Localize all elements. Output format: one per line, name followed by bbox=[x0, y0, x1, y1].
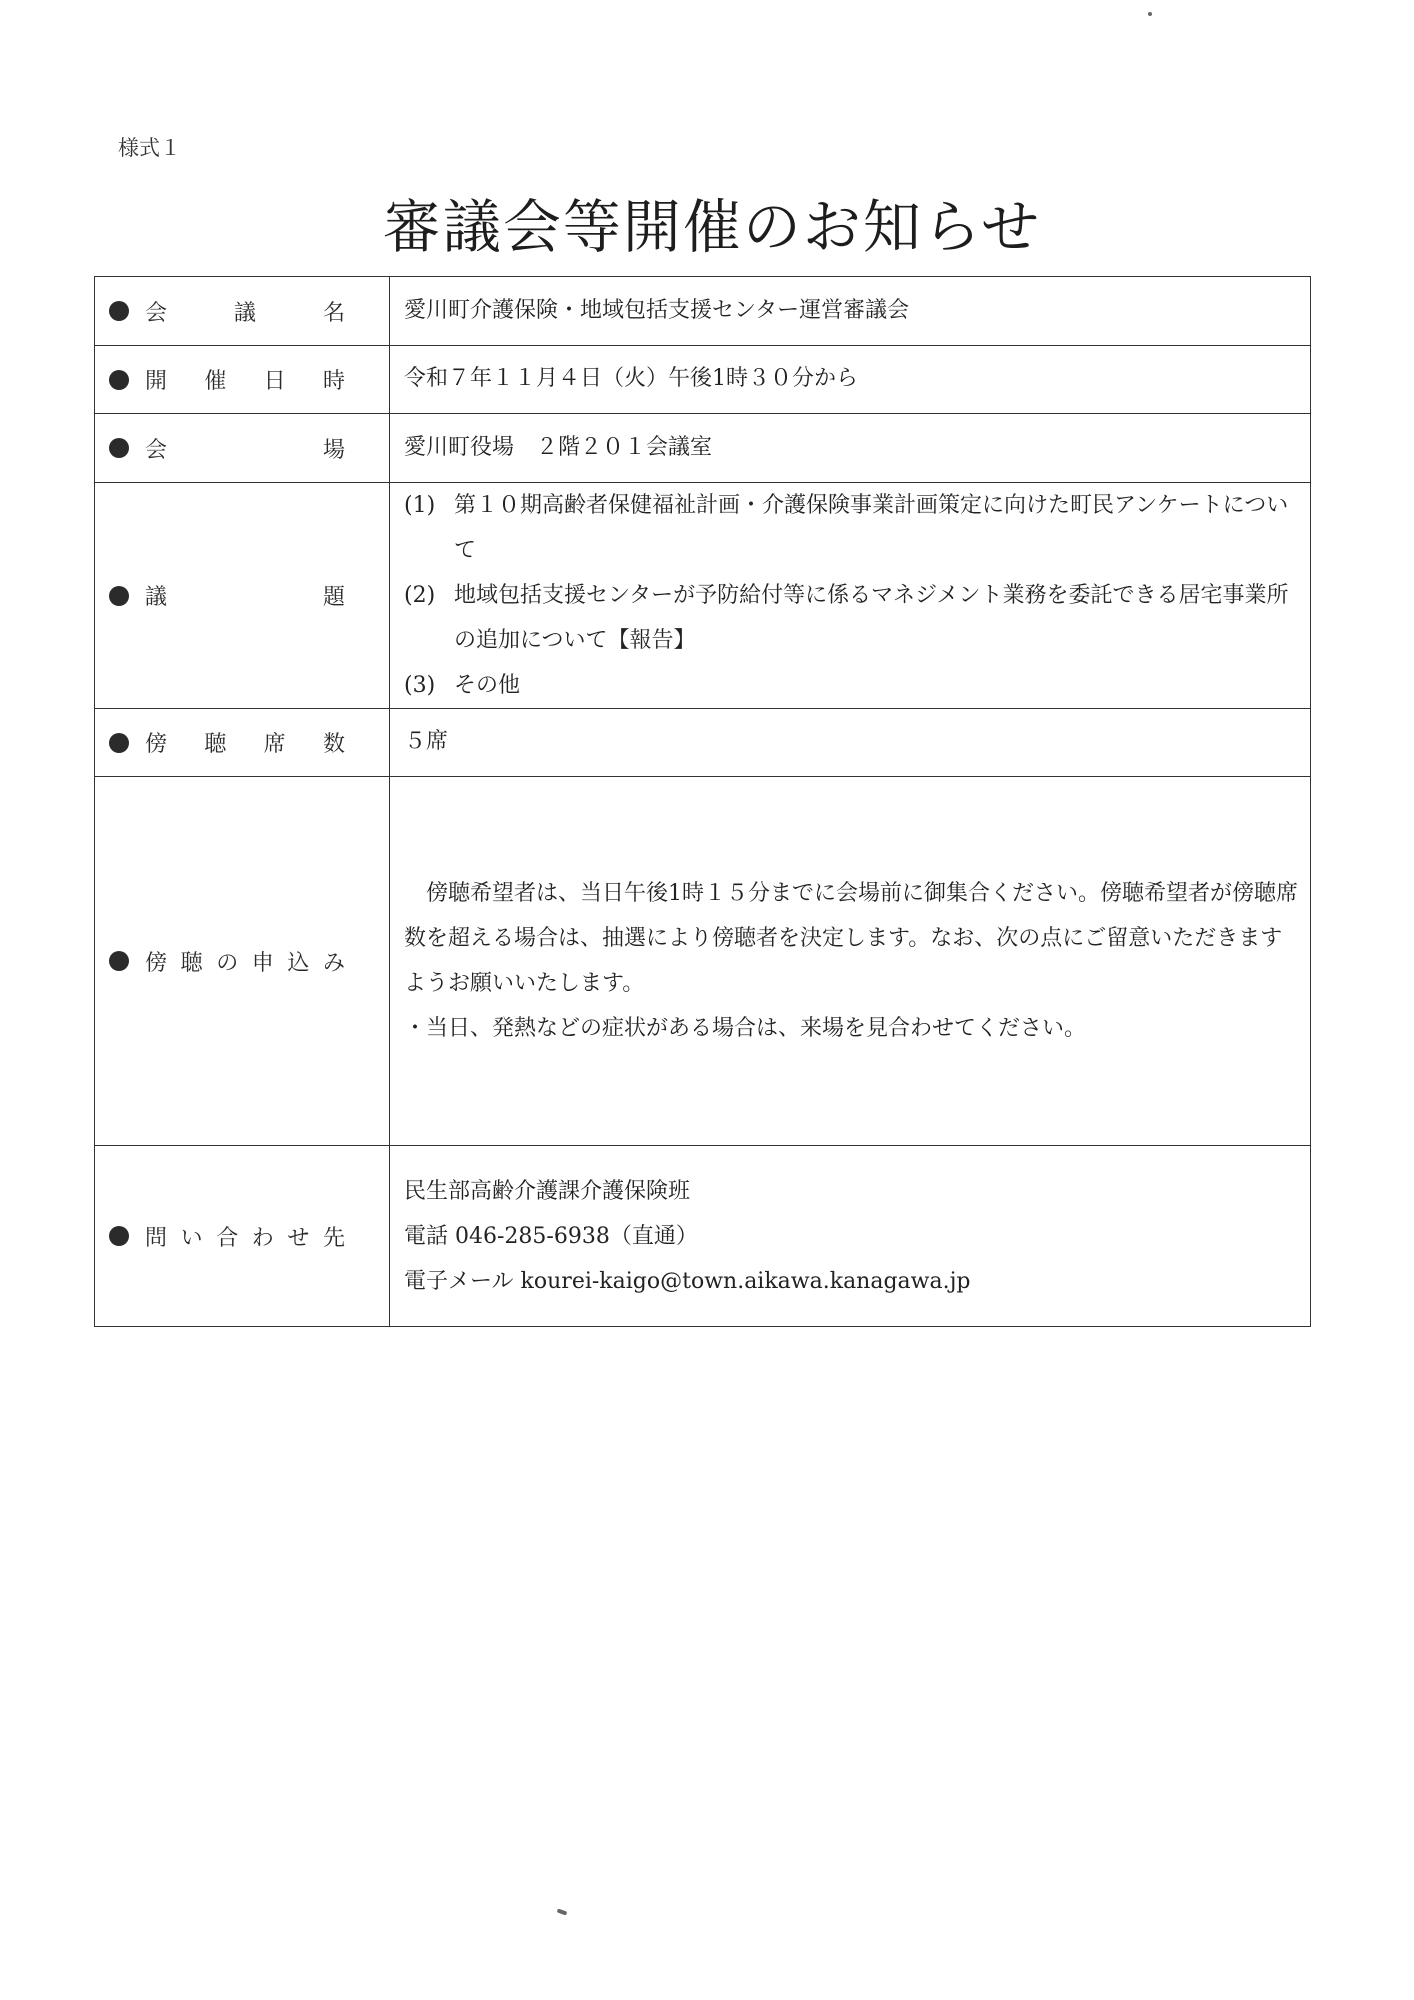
row-application: 傍 聴 の 申 込 み 傍聴希望者は、当日午後1時１５分までに会場前に御集合くだ… bbox=[95, 777, 1311, 1146]
bullet-icon bbox=[109, 370, 129, 390]
label-cell: 会 場 bbox=[95, 414, 390, 483]
bullet-icon bbox=[109, 951, 129, 971]
bullet-icon bbox=[109, 586, 129, 606]
row-datetime: 開 催 日 時 令和７年１１月４日（火）午後1時３０分から bbox=[95, 346, 1311, 414]
contact-department: 民生部高齢介護課介護保険班 bbox=[404, 1169, 1310, 1214]
bullet-icon bbox=[109, 733, 129, 753]
notice-table: 会 議 名 愛川町介護保険・地域包括支援センター運営審議会 開 催 日 時 令和… bbox=[94, 276, 1311, 1327]
agenda-item: (3) その他 bbox=[404, 663, 1310, 708]
label-agenda: 議 題 bbox=[145, 580, 345, 611]
scan-speck bbox=[1148, 12, 1152, 16]
label-cell: 問 い 合 わ せ 先 bbox=[95, 1146, 390, 1327]
label-datetime: 開 催 日 時 bbox=[145, 364, 345, 395]
seats-value: ５席 bbox=[390, 709, 1311, 777]
contact-email: 電子メール kourei-kaigo@town.aikawa.kanagawa.… bbox=[404, 1259, 1310, 1304]
application-value: 傍聴希望者は、当日午後1時１５分までに会場前に御集合ください。傍聴希望者が傍聴席… bbox=[390, 777, 1311, 1146]
label-meeting-name: 会 議 名 bbox=[145, 296, 345, 327]
row-seats: 傍 聴 席 数 ５席 bbox=[95, 709, 1311, 777]
meeting-name-value: 愛川町介護保険・地域包括支援センター運営審議会 bbox=[390, 277, 1311, 346]
agenda-item: (1) 第１０期高齢者保健福祉計画・介護保険事業計画策定に向けた町民アンケートに… bbox=[404, 483, 1310, 573]
label-cell: 議 題 bbox=[95, 483, 390, 709]
contact-phone: 電話 046-285-6938（直通） bbox=[404, 1214, 1310, 1259]
label-cell: 傍 聴 の 申 込 み bbox=[95, 777, 390, 1146]
row-meeting-name: 会 議 名 愛川町介護保険・地域包括支援センター運営審議会 bbox=[95, 277, 1311, 346]
label-cell: 開 催 日 時 bbox=[95, 346, 390, 414]
datetime-value: 令和７年１１月４日（火）午後1時３０分から bbox=[390, 346, 1311, 414]
row-agenda: 議 題 (1) 第１０期高齢者保健福祉計画・介護保険事業計画策定に向けた町民アン… bbox=[95, 483, 1311, 709]
bullet-icon bbox=[109, 1226, 129, 1246]
scan-speck bbox=[557, 1908, 568, 1915]
agenda-list: (1) 第１０期高齢者保健福祉計画・介護保険事業計画策定に向けた町民アンケートに… bbox=[390, 483, 1311, 709]
row-contact: 問 い 合 わ せ 先 民生部高齢介護課介護保険班 電話 046-285-693… bbox=[95, 1146, 1311, 1327]
application-paragraph: 傍聴希望者は、当日午後1時１５分までに会場前に御集合ください。傍聴希望者が傍聴席… bbox=[404, 871, 1310, 1006]
label-cell: 傍 聴 席 数 bbox=[95, 709, 390, 777]
label-contact: 問 い 合 わ せ 先 bbox=[145, 1221, 345, 1252]
label-application: 傍 聴 の 申 込 み bbox=[145, 946, 345, 977]
label-seats: 傍 聴 席 数 bbox=[145, 727, 345, 758]
venue-value: 愛川町役場 ２階２０１会議室 bbox=[390, 414, 1311, 483]
form-number: 様式１ bbox=[118, 132, 181, 162]
label-venue: 会 場 bbox=[145, 433, 345, 464]
contact-value: 民生部高齢介護課介護保険班 電話 046-285-6938（直通） 電子メール … bbox=[390, 1146, 1311, 1327]
row-venue: 会 場 愛川町役場 ２階２０１会議室 bbox=[95, 414, 1311, 483]
page-title: 審議会等開催のお知らせ bbox=[0, 180, 1414, 264]
application-note: ・当日、発熱などの症状がある場合は、来場を見合わせてください。 bbox=[404, 1006, 1310, 1051]
agenda-item: (2) 地域包括支援センターが予防給付等に係るマネジメント業務を委託できる居宅事… bbox=[404, 573, 1310, 663]
bullet-icon bbox=[109, 301, 129, 321]
bullet-icon bbox=[109, 438, 129, 458]
label-cell: 会 議 名 bbox=[95, 277, 390, 346]
